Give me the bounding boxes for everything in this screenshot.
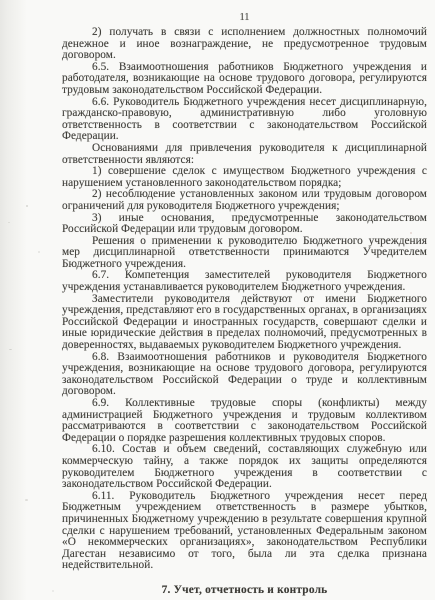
- paragraph: 6.11. Руководитель Бюджетного учреждения…: [62, 491, 427, 572]
- scan-speck: [38, 251, 40, 253]
- paragraph: 6.9. Коллективные трудовые споры (конфли…: [62, 398, 427, 444]
- paragraph: Заместители руководителя действуют от им…: [62, 294, 427, 352]
- section-heading: 7. Учет, отчетность и контроль: [62, 585, 427, 597]
- document-body: 2) получать в связи с исполнением должно…: [62, 27, 427, 597]
- paragraph: 6.5. Взаимоотношения работников Бюджетно…: [62, 62, 427, 97]
- scan-speck: [8, 222, 10, 223]
- paragraph: 6.7. Компетенция заместителей руководите…: [62, 270, 427, 293]
- page-number: 11: [62, 12, 427, 23]
- list-item: 1) совершение сделок с имуществом Бюджет…: [62, 166, 427, 189]
- scanned-document-page: 11 2) получать в связи с исполнением дол…: [0, 0, 435, 600]
- list-item: 2) несоблюдение установленных законом ил…: [62, 189, 427, 212]
- paragraph: Основаниями для привлечения руководителя…: [62, 143, 427, 166]
- paragraph: 6.10. Состав и объем сведений, составляю…: [62, 444, 427, 490]
- paragraph: 6.8. Взаимоотношения работников и руково…: [62, 352, 427, 398]
- scan-speck: [26, 205, 28, 207]
- paragraph: 2) получать в связи с исполнением должно…: [62, 27, 427, 62]
- scan-speck: [52, 590, 54, 592]
- list-item: 3) иные основания, предусмотренные закон…: [62, 213, 427, 236]
- scan-speck: [410, 232, 412, 234]
- scan-speck: [9, 349, 12, 350]
- scan-speck: [25, 499, 28, 501]
- paragraph: 6.6. Руководитель Бюджетного учреждения …: [62, 97, 427, 143]
- paragraph: Решения о применении к руководителю Бюдж…: [62, 236, 427, 271]
